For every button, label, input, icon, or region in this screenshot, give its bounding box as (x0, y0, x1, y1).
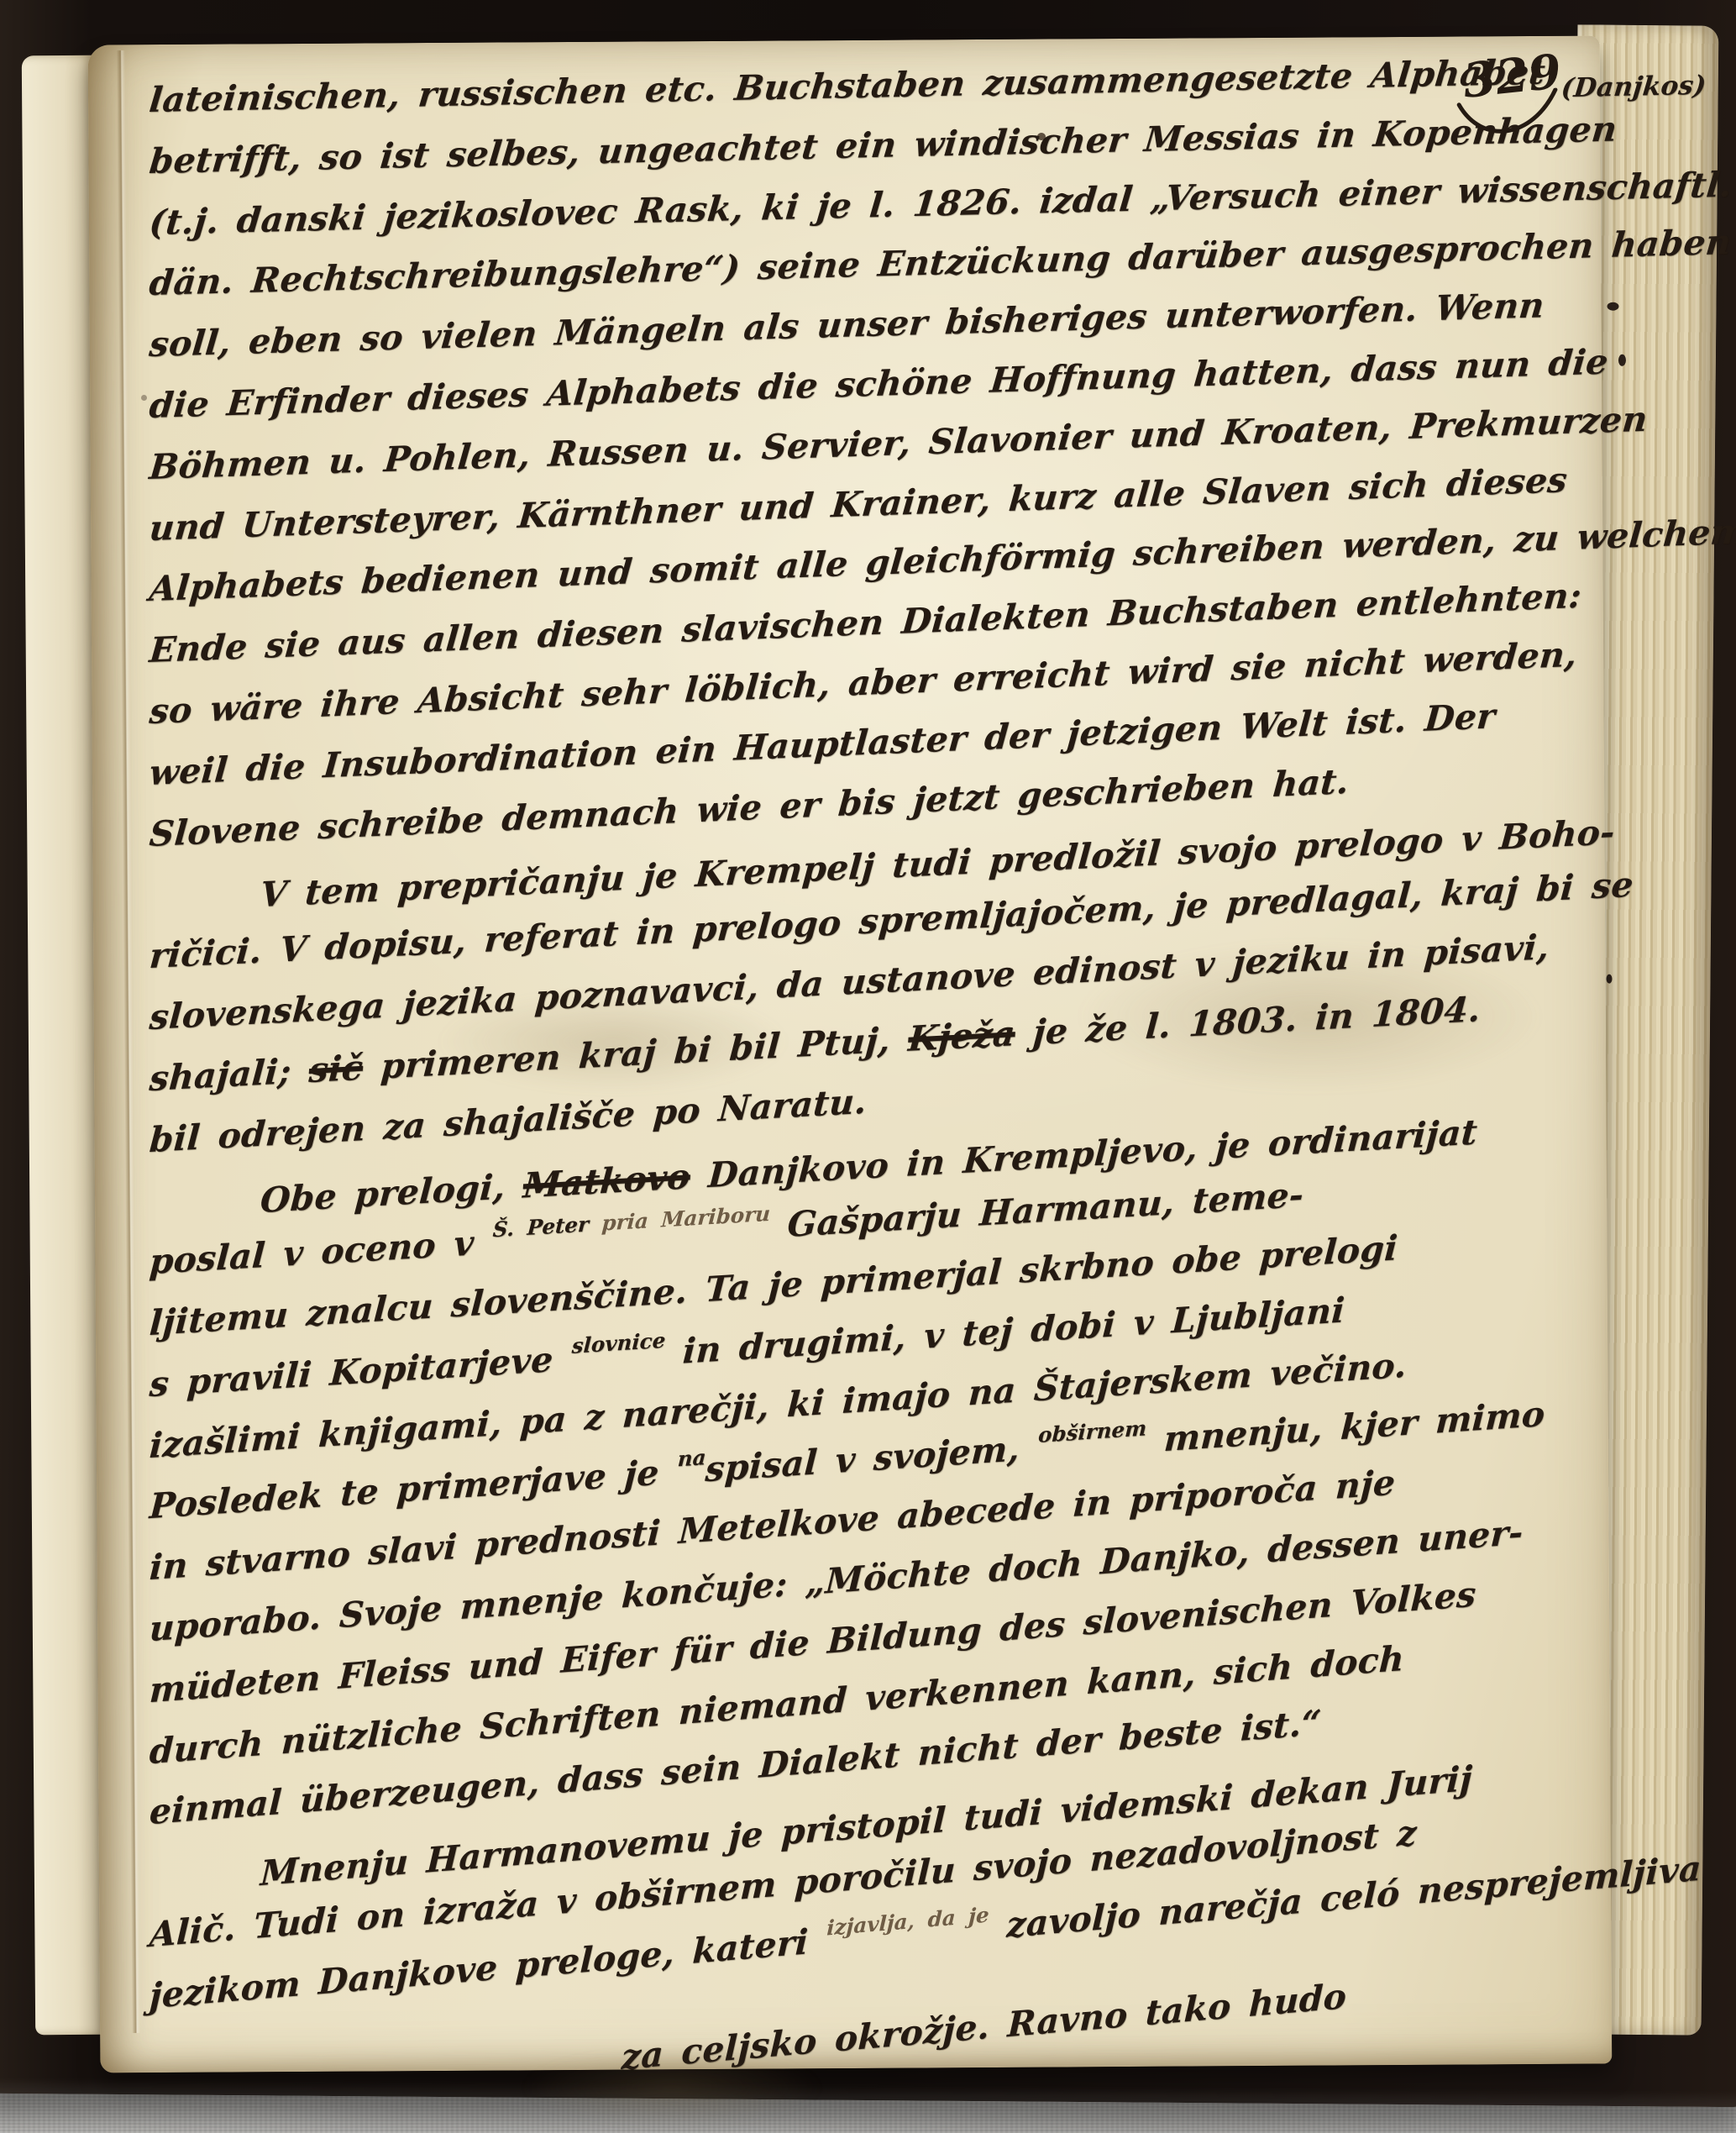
manuscript-line: za celjsko okrožje. Ravno tako hudo (621, 1976, 1347, 2078)
manuscript-text: Danjkovo in Krempljevo, je ordinarijat (689, 1112, 1478, 1197)
manuscript-text: s pravili Kopitarjeve (149, 1337, 573, 1405)
manuscript-word-sup: na (677, 1446, 706, 1472)
manuscript-text: mnenju, kjer mimo (1145, 1394, 1546, 1461)
manuscript-word-strike: Matkovo (522, 1156, 691, 1206)
manuscript-word-sup: obširnem (1037, 1416, 1147, 1448)
manuscript-text: primeren kraj bi bil Ptuj, (361, 1018, 910, 1087)
manuscript-text: shajali; (148, 1050, 310, 1099)
ink-speck (1607, 302, 1618, 311)
manuscript-word-sub: (Danjkos) (1560, 70, 1707, 103)
manuscript-text: betrifft, so ist selbes, ungeachtet ein … (148, 108, 1619, 181)
manuscript-text: je že l. 1803. in 1804. (1014, 989, 1482, 1053)
text-block: lateinischen, russischen etc. Buchstaben… (149, 74, 1577, 2073)
manuscript-word-sup: Š. Peter (492, 1211, 603, 1242)
manuscript-text: za celjsko okrožje. Ravno tako hudo (621, 1976, 1347, 2078)
manuscript-word-sup: izjavlja, da je (826, 1903, 989, 1941)
manuscript-text: spisal v svojem, (704, 1427, 1038, 1489)
manuscript-text: poslal v oceno v (148, 1221, 493, 1282)
manuscript-word-sup: slovnice (571, 1328, 666, 1358)
ink-blot (141, 395, 147, 401)
manuscript-text: Posledek te primerjave je (149, 1452, 679, 1527)
manuscript-word-sup: pria Mariboru (601, 1201, 771, 1236)
manuscript-line: betrifft, so ist selbes, ungeachtet ein … (148, 108, 1619, 181)
manuscript-word-strike: sič (307, 1047, 365, 1090)
manuscript-photo: lateinischen, russischen etc. Buchstaben… (0, 0, 1736, 2133)
manuscript-word-strike: Kježa (907, 1013, 1017, 1059)
manuscript-text: Obe prelogi, (259, 1166, 524, 1221)
ink-speck (1606, 975, 1612, 984)
page-number-flourish (1453, 87, 1567, 152)
page-number: 329 (1461, 44, 1564, 109)
ink-speck (1618, 355, 1626, 366)
